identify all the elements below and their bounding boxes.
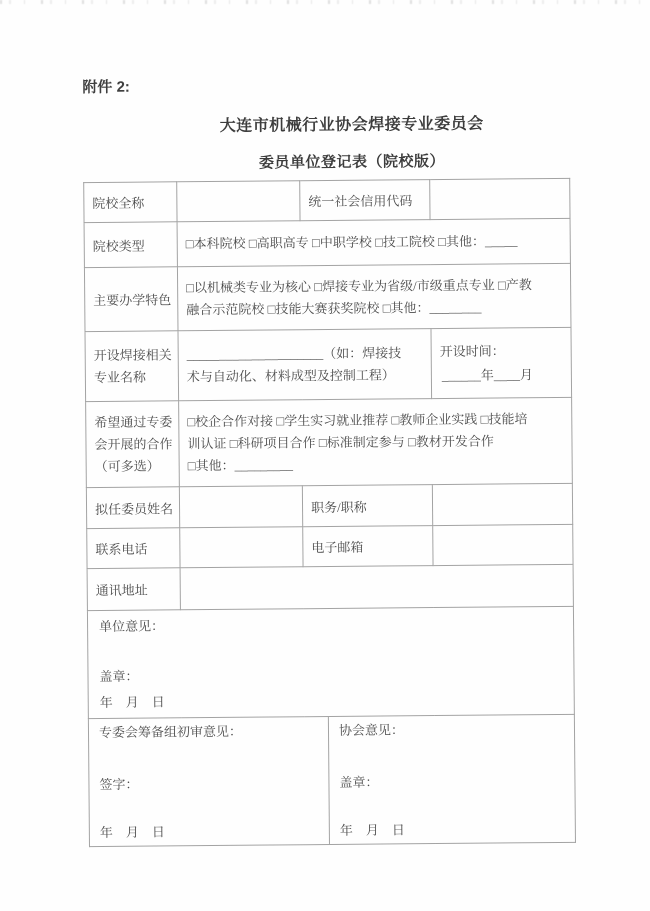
school-name-value-cell <box>177 181 300 222</box>
unit-opinion-cell: 单位意见： 盖章： 年 月 日 <box>87 606 574 718</box>
committee-review-sign-label: 签字： <box>99 774 318 793</box>
document-subtitle: 委员单位登记表（院校版） <box>109 149 595 174</box>
attachment-label: 附件 2: <box>82 76 130 97</box>
school-type-options: □本科院校 □高职高专 □中职学校 □技工院校 □其他：_____ <box>186 230 562 255</box>
committee-review-opinion-cell: 专委会筹备组初审意见： 签字： 年 月 日 <box>89 717 330 846</box>
document-title: 大连市机械行业协会焊接专业委员会 <box>109 110 595 137</box>
row-phone: 联系电话 电子邮箱 <box>87 524 573 568</box>
position-title-label: 职务/职称 <box>302 485 432 527</box>
cooperation-options-line1: □校企合作对接 □学生实习就业推荐 □教师企业实践 □技能培 <box>187 407 563 432</box>
association-opinion-date-line: 年 月 日 <box>340 820 565 839</box>
row-unit-opinion: 单位意见： 盖章： 年 月 日 <box>87 606 574 718</box>
features-options-line2: 融合示范院校 □技能大赛获奖院校 □其他：________ <box>186 295 562 320</box>
credit-code-value-cell <box>430 178 570 219</box>
row-review-opinions: 专委会筹备组初审意见： 签字： 年 月 日 协会意见： 盖章： 年 月 日 <box>88 714 575 846</box>
features-options-line1: □以机械类专业为核心 □焊接专业为省级/市级重点专业 □产教 <box>186 273 562 298</box>
position-title-value-cell <box>432 483 572 525</box>
row-address: 通讯地址 <box>87 564 573 610</box>
scanned-document-page: 附件 2: 大连市机械行业协会焊接专业委员会 委员单位登记表（院校版） 院校全称… <box>0 0 650 911</box>
welding-majors-blank-line1: _____________________（如：焊接技 <box>187 342 423 366</box>
welding-majors-label-line2: 专业名称 <box>94 366 176 389</box>
address-label: 通讯地址 <box>87 568 180 611</box>
registration-form-table: 院校全称 统一社会信用代码 院校类型 □本科院校 □高职高专 □中职学校 □技工… <box>83 178 576 847</box>
welding-majors-label: 开设焊接相关 专业名称 <box>85 331 179 402</box>
cooperation-label-line1: 希望通过专委 <box>94 411 176 434</box>
review-opinions-cell: 专委会筹备组初审意见： 签字： 年 月 日 协会意见： 盖章： 年 月 日 <box>88 714 575 846</box>
association-opinion-seal-label: 盖章： <box>339 772 564 791</box>
document-header: 大连市机械行业协会焊接专业委员会 委员单位登记表（院校版） <box>109 110 596 174</box>
credit-code-label: 统一社会信用代码 <box>300 180 430 221</box>
unit-opinion-title: 单位意见： <box>99 614 562 635</box>
school-type-label: 院校类型 <box>84 222 177 268</box>
school-type-options-cell: □本科院校 □高职高专 □中职学校 □技工院校 □其他：_____ <box>177 218 570 266</box>
row-cooperation: 希望通过专委 会开展的合作 （可多选） □校企合作对接 □学生实习就业推荐 □教… <box>86 397 573 487</box>
phone-label: 联系电话 <box>87 528 180 569</box>
member-name-label: 拟任委员姓名 <box>86 487 179 529</box>
phone-value-cell <box>180 527 303 568</box>
cooperation-options-cell: □校企合作对接 □学生实习就业推荐 □教师企业实践 □技能培 训认证 □科研项目… <box>179 397 573 486</box>
row-school-type: 院校类型 □本科院校 □高职高专 □中职学校 □技工院校 □其他：_____ <box>84 218 570 267</box>
welding-majors-blank-line2: 术与自动化、材料成型及控制工程） <box>187 364 423 388</box>
features-options-cell: □以机械类专业为核心 □焊接专业为省级/市级重点专业 □产教 融合示范院校 □技… <box>177 263 571 330</box>
start-time-label: 开设时间： <box>440 338 563 363</box>
scanned-content: 附件 2: 大连市机械行业协会焊接专业委员会 委员单位登记表（院校版） 院校全称… <box>0 0 650 911</box>
member-name-value-cell <box>179 486 302 528</box>
email-label: 电子邮箱 <box>303 526 433 567</box>
start-time-blank: ______年____月 <box>440 362 563 387</box>
committee-review-title: 专委会筹备组初审意见： <box>99 722 318 741</box>
committee-review-date-line: 年 月 日 <box>100 822 319 841</box>
cooperation-options-line3: □其他：_________ <box>188 451 564 476</box>
address-value-cell <box>180 564 573 609</box>
unit-opinion-seal-label: 盖章： <box>99 664 562 685</box>
cooperation-label: 希望通过专委 会开展的合作 （可多选） <box>86 401 180 488</box>
cooperation-label-line2: 会开展的合作 <box>94 433 176 456</box>
cooperation-options-line2: 训认证 □科研项目合作 □标准制定参与 □教材开发合作 <box>187 429 563 454</box>
unit-opinion-date-line: 年 月 日 <box>100 690 563 711</box>
row-features: 主要办学特色 □以机械类专业为核心 □焊接专业为省级/市级重点专业 □产教 融合… <box>84 263 571 331</box>
school-name-label: 院校全称 <box>84 182 177 223</box>
welding-majors-blank-cell: _____________________（如：焊接技 术与自动化、材料成型及控… <box>178 329 432 401</box>
association-opinion-cell: 协会意见： 盖章： 年 月 日 <box>329 715 575 844</box>
row-member-name: 拟任委员姓名 职务/职称 <box>86 483 572 528</box>
row-school-name: 院校全称 统一社会信用代码 <box>84 178 570 222</box>
cooperation-label-line3: （可多选） <box>95 455 177 478</box>
row-welding-majors: 开设焊接相关 专业名称 _____________________（如：焊接技 … <box>85 327 572 401</box>
email-value-cell <box>433 524 573 565</box>
start-time-cell: 开设时间： ______年____月 <box>431 327 572 398</box>
welding-majors-label-line1: 开设焊接相关 <box>94 344 176 367</box>
features-label: 主要办学特色 <box>84 267 178 332</box>
association-opinion-title: 协会意见： <box>339 720 564 739</box>
